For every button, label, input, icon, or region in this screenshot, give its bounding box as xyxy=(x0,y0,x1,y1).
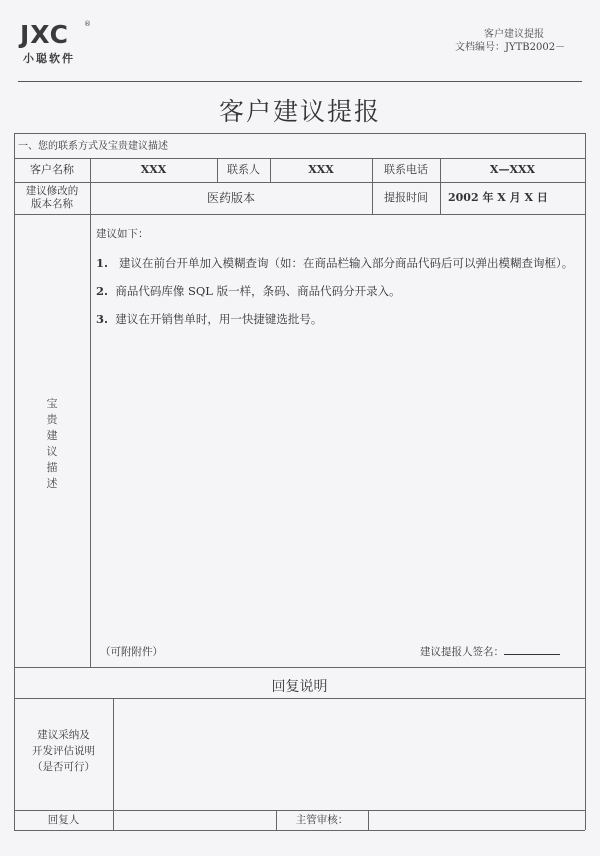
suggestion-item: 3. 建议在开销售单时，用一快捷键选批号。 xyxy=(96,311,578,327)
supervisor-label: 主管审核： xyxy=(276,810,368,830)
evaluation-label-line1: 建议采纳及 xyxy=(14,727,113,743)
evaluation-label-line2: 开发评估说明 xyxy=(14,743,113,759)
replier-field[interactable] xyxy=(113,810,276,830)
suggestion-text: 商品代码库像 SQL 版一样，条码、商品代码分开录入。 xyxy=(115,284,400,298)
side-label-char: 述 xyxy=(14,476,90,492)
side-label-char: 建 xyxy=(14,428,90,444)
side-label-char: 贵 xyxy=(14,412,90,428)
row-divider xyxy=(14,214,585,215)
company-logo: JXC xyxy=(20,22,69,47)
replier-label: 回复人 xyxy=(14,810,113,830)
phone-value[interactable]: X—XXX xyxy=(440,158,585,182)
suggestion-item: 1. 建议在前台开单加入模糊查询（如：在商品栏输入部分商品代码后可以弹出模糊查询… xyxy=(96,255,578,271)
table-border-right xyxy=(585,133,586,830)
reply-heading: 回复说明 xyxy=(14,676,585,696)
table-border-bottom xyxy=(14,830,585,831)
col-divider xyxy=(90,158,91,667)
side-label-char: 描 xyxy=(14,460,90,476)
version-label-line1: 建议修改的 xyxy=(26,185,79,198)
evaluation-field[interactable] xyxy=(114,699,584,809)
suggestion-item: 2. 商品代码库像 SQL 版一样，条码、商品代码分开录入。 xyxy=(96,283,578,299)
customer-name-value[interactable]: XXX xyxy=(90,158,217,182)
header-divider xyxy=(18,81,582,82)
signature-label: 建议提报人签名： xyxy=(420,646,504,658)
contact-value[interactable]: XXX xyxy=(270,158,372,182)
evaluation-label: 建议采纳及 开发评估说明 （是否可行） xyxy=(14,727,113,775)
doc-number: 文档编号：JYTB2002－ xyxy=(455,38,565,53)
suggestion-text: 建议在前台开单加入模糊查询（如：在商品栏输入部分商品代码后可以弹出模糊查询框）。 xyxy=(119,256,573,270)
version-label: 建议修改的 版本名称 xyxy=(14,182,90,214)
attachment-note: （可附附件） xyxy=(100,644,163,659)
supervisor-field[interactable] xyxy=(368,810,585,830)
side-label-char: 议 xyxy=(14,444,90,460)
evaluation-label-line3: （是否可行） xyxy=(14,759,113,775)
contact-label: 联系人 xyxy=(217,158,270,182)
description-side-label: 宝 贵 建 议 描 述 xyxy=(14,396,90,492)
row-divider xyxy=(14,667,585,668)
signature-line[interactable] xyxy=(504,644,560,655)
report-time-label: 提报时间 xyxy=(372,182,440,214)
customer-name-label: 客户名称 xyxy=(14,158,90,182)
page-title: 客户建议提报 xyxy=(0,92,600,128)
registered-mark: ® xyxy=(84,20,91,28)
suggestion-text: 建议在开销售单时，用一快捷键选批号。 xyxy=(115,312,322,326)
phone-label: 联系电话 xyxy=(372,158,440,182)
suggestion-number: 3. xyxy=(96,312,108,326)
suggestion-number: 1. xyxy=(96,256,108,270)
description-content[interactable]: 建议如下： 1. 建议在前台开单加入模糊查询（如：在商品栏输入部分商品代码后可以… xyxy=(96,226,578,327)
signature-field[interactable]: 建议提报人签名： xyxy=(420,644,560,659)
table-border-top xyxy=(14,133,585,134)
side-label-char: 宝 xyxy=(14,396,90,412)
report-time-value[interactable]: 2002 年 X 月 X 日 xyxy=(440,182,585,214)
version-label-line2: 版本名称 xyxy=(31,198,73,211)
suggestion-number: 2. xyxy=(96,284,108,298)
company-logo-subtitle: 小聪软件 xyxy=(23,50,75,66)
section-heading: 一、您的联系方式及宝贵建议描述 xyxy=(18,137,168,152)
description-intro: 建议如下： xyxy=(96,226,578,241)
version-value[interactable]: 医药版本 xyxy=(90,182,372,214)
